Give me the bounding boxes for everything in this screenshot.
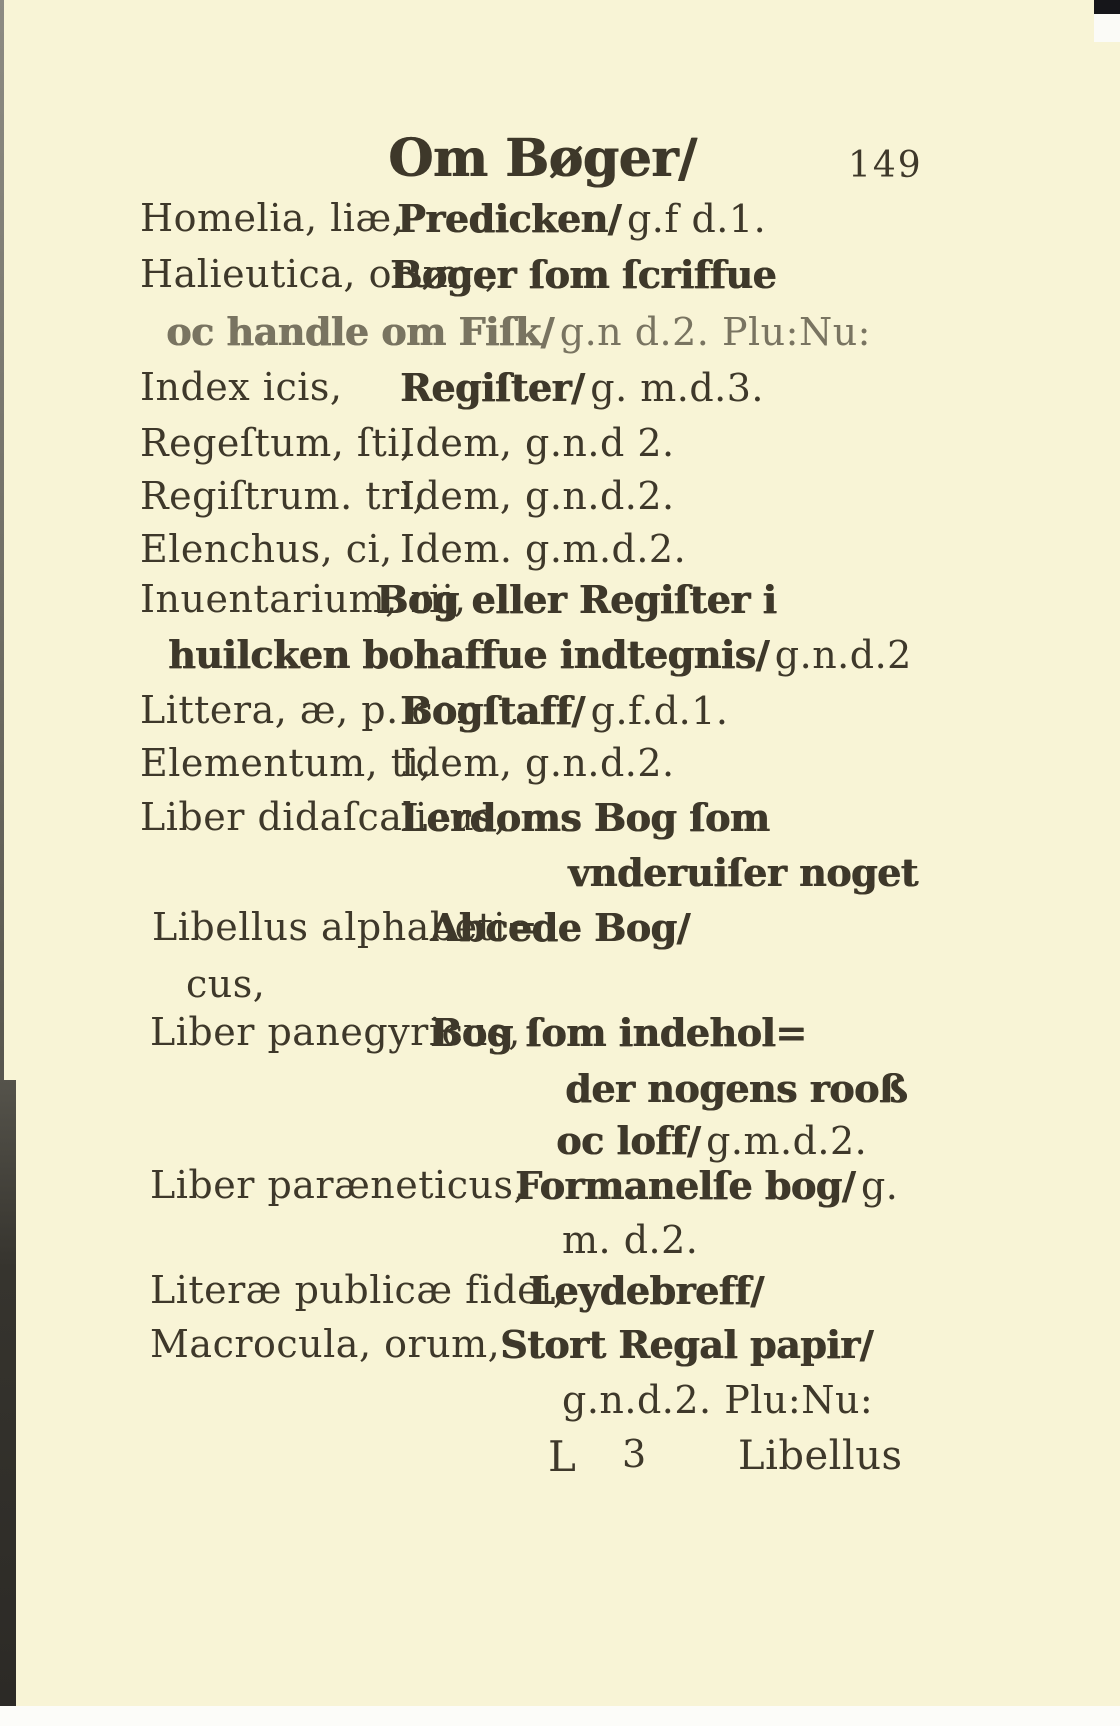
grammar-tag: g.f.d.1. — [585, 689, 729, 733]
danish-translation: Formanelſe bog/ — [515, 1163, 855, 1208]
entry-row: Homelia, liæ, Predicken/g.f d.1. — [0, 196, 1120, 252]
latin-headword: Elementum, ti, — [140, 741, 432, 785]
grammar-tag: g.n d.2. Plu:Nu: — [554, 310, 871, 354]
scan-corner-white-strip — [1094, 14, 1120, 42]
entry-continuation-row: der nogens rooß — [0, 1066, 1120, 1122]
entry-row: Liber panegyricus, Bog ſom indehol= — [0, 1010, 1120, 1066]
entry-row: Liber didaſcalicus, Lerdoms Bog ſom — [0, 795, 1120, 851]
scan-left-edge-shadow — [0, 1080, 16, 1708]
grammar-tag: g.f d.1. — [621, 197, 766, 241]
latin-headword: Regiſtrum. tri, — [140, 474, 425, 518]
entry-row: Elenchus, ci, Idem. g.m.d.2. — [0, 527, 1120, 583]
grammar-tag: Idem, g.n.d.2. — [400, 741, 675, 785]
grammar-tag: g. — [855, 1164, 898, 1208]
grammar-tag: g.m.d.2. — [700, 1119, 867, 1163]
footer-row: L 3 Libellus — [0, 1432, 1120, 1488]
entry-continuation-row: m. d.2. — [0, 1218, 1120, 1274]
entry-row: Littera, æ, p. cor Bogſtaff/g.f.d.1. — [0, 688, 1120, 744]
danish-translation: Predicken/ — [397, 196, 621, 241]
entry-row: Liber paræneticus, Formanelſe bog/g. — [0, 1163, 1120, 1219]
latin-headword: Homelia, liæ, — [140, 196, 404, 240]
grammar-tag: m. d.2. — [562, 1218, 698, 1262]
grammar-tag: g.n.d.2. Plu:Nu: — [562, 1378, 873, 1422]
grammar-tag: g. m.d.3. — [584, 366, 764, 410]
danish-translation: Bøger ſom ſcriffue — [390, 252, 776, 297]
entry-row: Literæ publicæ fidei, Leydebreff/ — [0, 1268, 1120, 1324]
latin-headword: Macrocula, orum, — [150, 1322, 500, 1366]
entry-continuation-row: oc handle om Fiſk/g.n d.2. Plu:Nu: — [0, 309, 1120, 365]
entry-continuation-row: vnderuiſer noget — [0, 850, 1120, 906]
catchword: Libellus — [738, 1433, 903, 1479]
latin-headword: Regeſtum, ſti, — [140, 421, 412, 465]
scan-corner-black-mark — [1094, 0, 1120, 14]
danish-translation: Lerdoms Bog ſom — [400, 795, 769, 840]
danish-translation: Stort Regal papir/ — [500, 1322, 873, 1367]
danish-translation: oc handle om Fiſk/ — [166, 309, 554, 354]
grammar-tag: Idem, g.n.d 2. — [400, 421, 675, 465]
entry-continuation-row: huilcken bohaffue indtegnis/g.n.d.2 — [0, 632, 1120, 688]
scanned-book-page: Om Bøger/ 149 Homelia, liæ, Predicken/g.… — [0, 0, 1120, 1726]
latin-headword: Literæ publicæ fidei, — [150, 1268, 565, 1312]
danish-translation: Bog ſom indehol= — [430, 1010, 806, 1055]
grammar-tag: g.n.d.2 — [769, 633, 912, 677]
latin-headword: Index icis, — [140, 365, 342, 409]
danish-translation: Regiſter/ — [400, 365, 584, 410]
danish-translation: der nogens rooß — [565, 1066, 907, 1111]
entry-continuation-row: g.n.d.2. Plu:Nu: — [0, 1378, 1120, 1434]
latin-headword: Liber paræneticus, — [150, 1163, 526, 1207]
entry-row: Inuentarium, rij, Bog eller Regiſter i — [0, 577, 1120, 633]
entry-row: Elementum, ti, Idem, g.n.d.2. — [0, 741, 1120, 797]
danish-translation: vnderuiſer noget — [568, 850, 918, 895]
scan-bottom-white-strip — [0, 1706, 1120, 1726]
danish-translation: oc loff/ — [556, 1118, 700, 1163]
danish-translation: Leydebreff/ — [528, 1268, 764, 1313]
danish-translation: Bogſtaff/ — [400, 688, 585, 733]
running-title: Om Bøger/ — [388, 128, 696, 190]
page-number: 149 — [848, 144, 923, 187]
danish-translation: Bog eller Regiſter i — [376, 577, 776, 622]
latin-headword: Elenchus, ci, — [140, 527, 393, 571]
entry-row: Index icis, Regiſter/g. m.d.3. — [0, 365, 1120, 421]
signature-mark: L — [548, 1432, 576, 1481]
danish-translation: huilcken bohaffue indtegnis/ — [168, 632, 769, 677]
grammar-tag: Idem, g.n.d.2. — [400, 474, 675, 518]
entry-row: Regiſtrum. tri, Idem, g.n.d.2. — [0, 474, 1120, 530]
latin-headword: cus, — [186, 962, 265, 1006]
entry-row: Regeſtum, ſti, Idem, g.n.d 2. — [0, 421, 1120, 477]
signature-number: 3 — [622, 1432, 647, 1476]
entry-row: Halieutica, orum , Bøger ſom ſcriffue — [0, 252, 1120, 308]
grammar-tag: Idem. g.m.d.2. — [400, 527, 686, 571]
entry-row: Libellus alphabeti= Abcede Bog/ — [0, 905, 1120, 961]
danish-translation: Abcede Bog/ — [430, 905, 690, 950]
entry-row: Macrocula, orum, Stort Regal papir/ — [0, 1322, 1120, 1378]
